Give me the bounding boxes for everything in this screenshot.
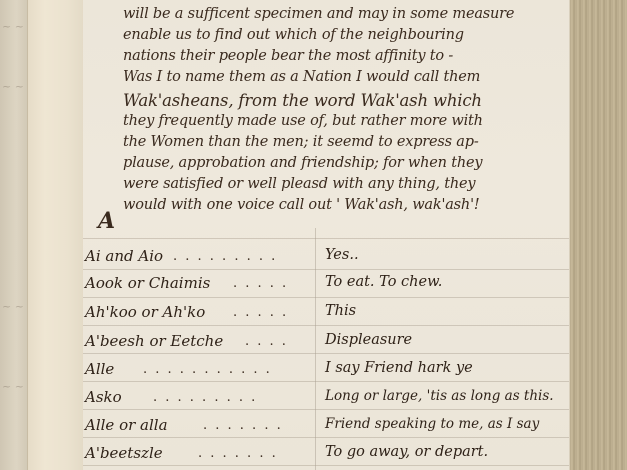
prose-line: Was I to name them as a Nation I would c… [123,69,480,85]
vocab-definition: This [325,303,356,319]
vocab-leader: . . . . . . . [198,446,278,461]
vocab-leader: . . . . . . . . . [153,390,257,405]
vocab-term: Alle [85,360,114,378]
prose-line: will be a sufficent specimen and may in … [123,6,514,22]
vocab-leader: . . . . . . . . . . . [143,362,272,377]
prose-line: would with one voice call out ' Wak'ash,… [123,197,479,213]
vocab-term: Asko [85,388,122,406]
prose-line: nations their people bear the most affin… [123,48,453,64]
facing-page-bleed-text: ~ ~ [2,20,24,33]
prose-line: were satisfied or well pleasd with any t… [123,176,475,192]
facing-page-bleed-text: ~ ~ [2,380,24,393]
vocab-term: Alle or alla [85,416,168,434]
vocab-definition: Yes.. [325,247,359,263]
vocab-term: A'beesh or Eetche [85,332,223,350]
facing-page-bleed-text: ~ ~ [2,80,24,93]
vocab-leader: . . . . . . . [203,418,283,433]
page-block-edge [569,0,627,470]
ruled-line [83,353,569,354]
book-gutter [27,0,84,470]
ruled-line [83,325,569,326]
vocab-term: Ai and Aio [85,247,163,265]
vocab-term: A'beetszle [85,444,163,462]
prose-line: Wak'asheans, from the word Wak'ash which [123,91,482,110]
facing-page-edge: ~ ~ ~ ~ ~ ~ ~ ~ [0,0,27,470]
ruled-line [83,297,569,298]
prose-line: they frequently made use of, but rather … [123,113,483,129]
vocab-leader: . . . . . [233,276,288,291]
vocab-definition: Long or large, 'tis as long as this. [325,388,554,404]
vocab-leader: . . . . . [233,305,288,320]
ruled-line [83,409,569,410]
ruled-line [83,381,569,382]
vocab-term: Aook or Chaimis [85,274,210,292]
vocab-definition: To eat. To chew. [325,274,442,290]
prose-line: plause, approbation and friendship; for … [123,155,482,171]
vocab-definition: I say Friend hark ye [325,360,473,376]
vocab-definition: Friend speaking to me, as I say [325,416,539,432]
ruled-line [83,238,569,239]
vocab-term: Ah'koo or Ah'ko [85,303,205,321]
prose-line: the Women than the men; it seemd to expr… [123,134,479,150]
facing-page-bleed-text: ~ ~ [2,300,24,313]
prose-line: enable us to find out which of the neigh… [123,27,464,43]
vocab-leader: . . . . . . . . . [173,249,277,264]
column-divider [315,228,316,470]
prose-paragraph: will be a sufficent specimen and may in … [123,0,573,210]
ruled-line [83,465,569,466]
vocab-leader: . . . . [245,334,288,349]
ruled-line [83,269,569,270]
manuscript-page: will be a sufficent specimen and may in … [83,0,569,470]
vocab-definition: To go away, or depart. [325,444,488,460]
section-heading: A [98,208,115,234]
ruled-line [83,437,569,438]
vocab-definition: Displeasure [325,332,412,348]
